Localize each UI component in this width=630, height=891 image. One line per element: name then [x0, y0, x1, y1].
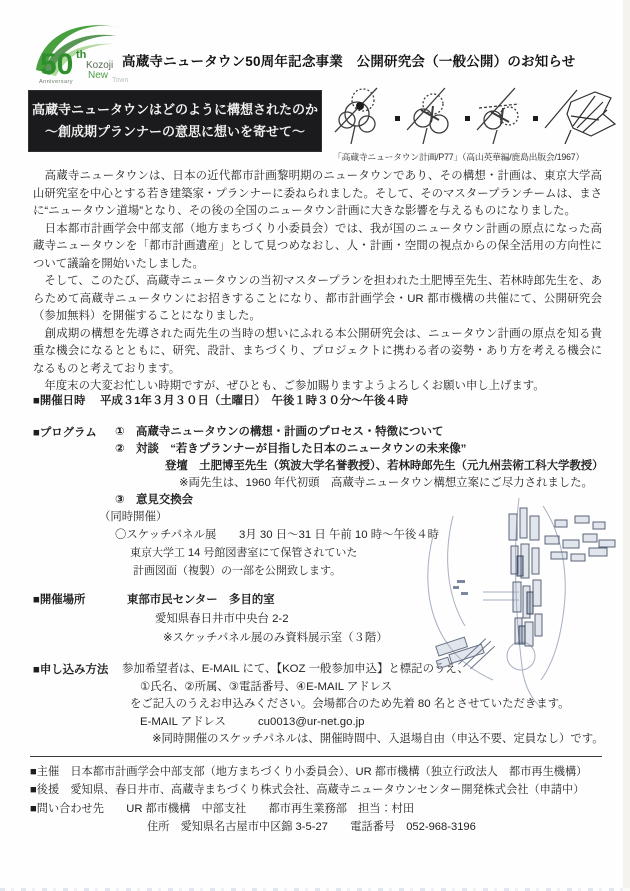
program-label: ■プログラム: [33, 424, 115, 440]
logo-new: New: [88, 70, 109, 81]
diagram-1: [335, 88, 377, 144]
paragraph-3: そして、このたび、高蔵寺ニュータウンの当初マスタープランを担われた土肥博至先生、…: [33, 273, 602, 326]
logo-town: Town: [112, 77, 128, 84]
introduction: 高蔵寺ニュータウンは、日本の近代都市計画黎明期のニュータウンであり、その構想・計…: [33, 168, 602, 396]
venue-label: ■開催場所: [33, 591, 127, 607]
program-item-2-note: ※両先生は、1960 年代初頭 高蔵寺ニュータウン構想立案にご尽力されました。: [115, 475, 604, 492]
announcement-flyer: 50 th Kozoji New Town Anniversary 高蔵寺ニュー…: [0, 0, 630, 891]
apply-label: ■申し込み方法: [33, 661, 122, 677]
paragraph-4: 創成期の構想を先導された両先生の当時の想いにふれる本公開研究会は、ニュータウン計…: [33, 326, 602, 379]
separator-dot-1: [395, 116, 400, 121]
theme-banner-line2: ～創成期プランナーの意思に想いを寄せて～: [28, 122, 322, 142]
paragraph-1: 高蔵寺ニュータウンは、日本の近代都市計画黎明期のニュータウンであり、その構想・計…: [33, 168, 602, 221]
logo-anniversary: Anniversary: [39, 79, 73, 85]
paragraph-2: 日本都市計画学会中部支部（地方まちづくり小委員会）では、我が国のニュータウン計画…: [33, 221, 602, 274]
theme-banner-line1: 高蔵寺ニュータウンはどのように構想されたのか: [28, 100, 322, 120]
paragraph-5: 年度末の大変お忙しい時期ですが、ぜひとも、ご参加賜りますようよろしくお願い申し上…: [33, 378, 602, 396]
program-item-2: ② 対談 “若きプランナーが目指した日本のニュータウンの未来像”: [115, 441, 604, 458]
venue-name: 東部市民センター 多目的室: [127, 591, 388, 610]
page-title: 高蔵寺ニュータウン50周年記念事業 公開研究会（一般公開）のお知らせ: [122, 50, 612, 70]
program-item-2-speakers: 登壇 土肥博至先生（筑波大学名誉教授）、若林時郎先生（元九州芸術工科大学教授）: [115, 458, 604, 475]
venue-address: 愛知県春日井市中央台 2-2: [127, 610, 388, 629]
footer-support: ■後援 愛知県、春日井市、高蔵寺まちづくり株式会社、高蔵寺ニュータウンセンター開…: [30, 781, 602, 799]
figure-caption: 「高蔵寺ニュータウン計画/P77」（高山英華編/鹿島出版会/1967）: [333, 150, 623, 163]
scan-artifact-right-edge: [623, 0, 630, 891]
concept-diagram-sketches: [333, 84, 620, 148]
apply-email-label: E-MAIL アドレス: [140, 716, 226, 728]
footer-address: 住所 愛知県名古屋市中区錦 3-5-27 電話番号 052-968-3196: [30, 818, 602, 836]
footer-divider: [30, 756, 602, 757]
separator-dot-3: [533, 116, 538, 121]
footer: ■主催 日本都市計画学会中部支部（地方まちづくり小委員会）、UR 都市機構（独立…: [30, 756, 602, 836]
theme-banner: 高蔵寺ニュータウンはどのように構想されたのか ～創成期プランナーの意思に想いを寄…: [28, 90, 322, 152]
logo-50: 50: [40, 48, 73, 81]
venue-note: ※スケッチパネル展のみ資料展示室（３階）: [127, 629, 388, 648]
diagram-4: [545, 90, 615, 144]
venue-details: 東部市民センター 多目的室 愛知県春日井市中央台 2-2 ※スケッチパネル展のみ…: [127, 591, 388, 648]
masterplan-sketch: [423, 496, 625, 710]
footer-organizer: ■主催 日本都市計画学会中部支部（地方まちづくり小委員会）、UR 都市機構（独立…: [30, 763, 602, 781]
apply-email-line: E-MAIL アドレスcu0013@ur-net.go.jp: [122, 714, 604, 732]
footer-contact: ■問い合わせ先 UR 都市機構 中部支社 都市再生業務部 担当：村田: [30, 800, 602, 818]
diagram-2: [407, 88, 448, 144]
apply-note: ※同時開催のスケッチパネルは、開催時間中、入退場自由（申込不要、定員なし）です。: [122, 731, 604, 749]
program-item-1: ① 高蔵寺ニュータウンの構想・計画のプロセス・特徴について: [115, 424, 604, 441]
separator-dot-2: [465, 116, 470, 121]
kozoji-50th-anniversary-logo: 50 th Kozoji New Town Anniversary: [28, 16, 130, 88]
apply-email-address: cu0013@ur-net.go.jp: [258, 716, 365, 728]
diagram-3: [477, 88, 519, 144]
